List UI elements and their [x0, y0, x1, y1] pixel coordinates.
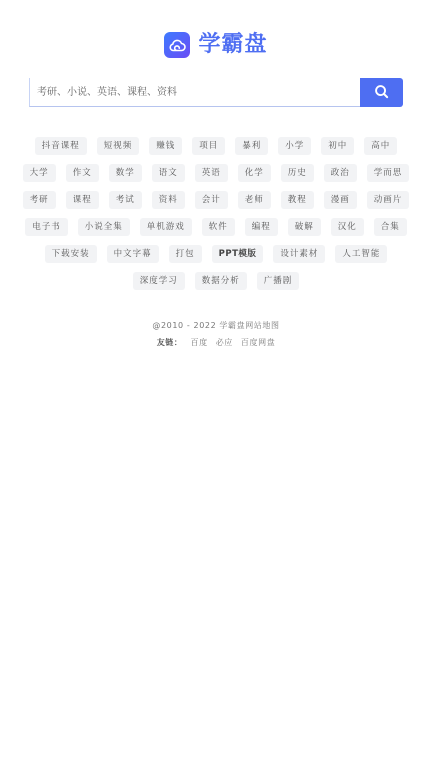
tag-link[interactable]: 历史: [281, 164, 314, 182]
hot-tags: 抖音课程短视频赚钱项目暴利小学初中高中大学作文数学语文英语化学历史政治学而思考研…: [0, 137, 432, 299]
site-logo[interactable]: 学霸盘: [0, 31, 432, 59]
tag-link[interactable]: 漫画: [324, 191, 357, 209]
tag-link[interactable]: 汉化: [331, 218, 364, 236]
cloud-icon: [164, 32, 190, 58]
tag-link[interactable]: 考试: [109, 191, 142, 209]
tag-link[interactable]: 考研: [23, 191, 56, 209]
tag-row: 考研课程考试资料会计老师教程漫画动画片: [0, 191, 432, 209]
tag-row: 抖音课程短视频赚钱项目暴利小学初中高中: [0, 137, 432, 155]
tag-link[interactable]: 抖音课程: [35, 137, 87, 155]
tag-link[interactable]: 作文: [66, 164, 99, 182]
tag-row: 电子书小说全集单机游戏软件编程破解汉化合集: [0, 218, 432, 236]
tag-link[interactable]: 动画片: [367, 191, 410, 209]
tag-link[interactable]: 政治: [324, 164, 357, 182]
tag-row: 下载安装中文字幕打包PPT模版设计素材人工智能: [0, 245, 432, 263]
tag-link[interactable]: 学而思: [367, 164, 410, 182]
tag-link[interactable]: 小说全集: [78, 218, 130, 236]
site-title: 学霸盘: [198, 31, 267, 59]
tag-row: 大学作文数学语文英语化学历史政治学而思: [0, 164, 432, 182]
tag-link[interactable]: 设计素材: [273, 245, 325, 263]
search-button[interactable]: [360, 78, 403, 107]
tag-link[interactable]: 英语: [195, 164, 228, 182]
tag-link[interactable]: 暴利: [235, 137, 268, 155]
tag-link[interactable]: 会计: [195, 191, 228, 209]
search-form: [29, 78, 403, 107]
tag-link[interactable]: 化学: [238, 164, 271, 182]
tag-link[interactable]: 高中: [364, 137, 397, 155]
tag-link[interactable]: 深度学习: [133, 272, 185, 290]
footer: @2010 - 2022 学霸盘网站地图 友链： 百度 必应 百度网盘: [0, 320, 432, 349]
tag-link[interactable]: 语文: [152, 164, 185, 182]
tag-link[interactable]: 下载安装: [45, 245, 97, 263]
tag-link[interactable]: 老师: [238, 191, 271, 209]
search-input[interactable]: [29, 78, 360, 107]
tag-link[interactable]: 软件: [202, 218, 235, 236]
search-icon: [374, 84, 389, 102]
tag-link[interactable]: 中文字幕: [107, 245, 159, 263]
tag-link[interactable]: 项目: [192, 137, 225, 155]
tag-link[interactable]: 资料: [152, 191, 185, 209]
tag-link[interactable]: PPT模版: [212, 245, 264, 263]
tag-link[interactable]: 电子书: [25, 218, 68, 236]
friend-link-baidu-pan[interactable]: 百度网盘: [241, 337, 275, 349]
tag-link[interactable]: 合集: [374, 218, 407, 236]
friend-links-label: 友链：: [157, 337, 183, 349]
tag-link[interactable]: 教程: [281, 191, 314, 209]
tag-link[interactable]: 课程: [66, 191, 99, 209]
tag-link[interactable]: 初中: [321, 137, 354, 155]
tag-link[interactable]: 人工智能: [335, 245, 387, 263]
tag-link[interactable]: 破解: [288, 218, 321, 236]
tag-link[interactable]: 广播剧: [257, 272, 300, 290]
copyright-text: @2010 - 2022 学霸盘网站地图: [0, 320, 432, 332]
tag-link[interactable]: 数据分析: [195, 272, 247, 290]
tag-link[interactable]: 打包: [169, 245, 202, 263]
tag-link[interactable]: 赚钱: [149, 137, 182, 155]
tag-link[interactable]: 小学: [278, 137, 311, 155]
friend-links: 友链： 百度 必应 百度网盘: [0, 337, 432, 349]
tag-link[interactable]: 短视频: [97, 137, 140, 155]
friend-link-bing[interactable]: 必应: [216, 337, 233, 349]
tag-link[interactable]: 数学: [109, 164, 142, 182]
friend-link-baidu[interactable]: 百度: [191, 337, 208, 349]
tag-link[interactable]: 编程: [245, 218, 278, 236]
tag-link[interactable]: 单机游戏: [140, 218, 192, 236]
tag-row: 深度学习数据分析广播剧: [0, 272, 432, 290]
tag-link[interactable]: 大学: [23, 164, 56, 182]
